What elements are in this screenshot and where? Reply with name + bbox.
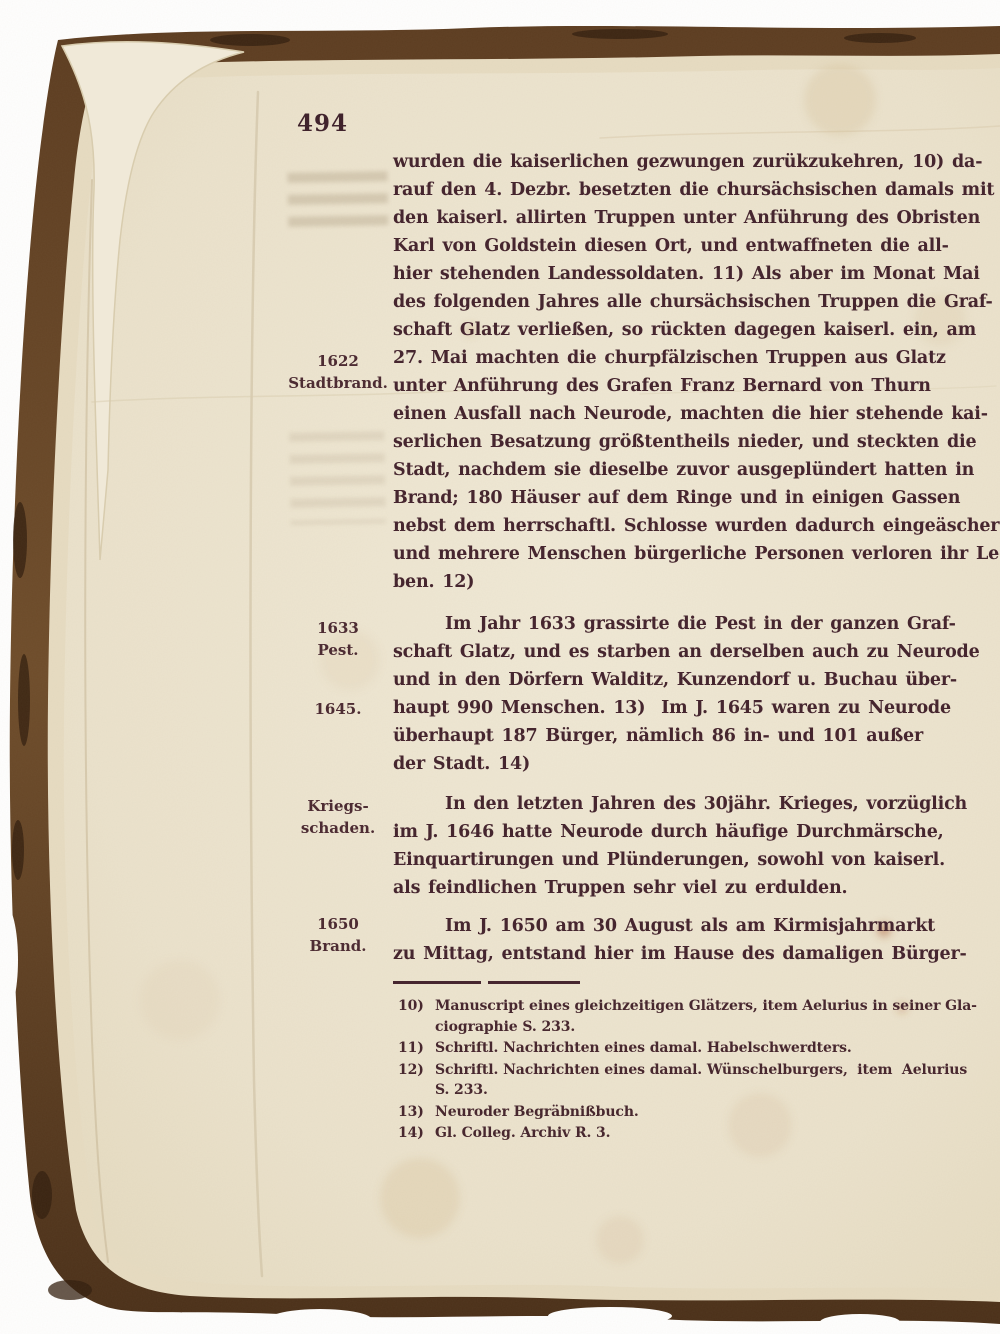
footnote-text: Schriftl. Nachrichten eines damal. Wünsc… bbox=[435, 1060, 967, 1101]
margin-note-1622-stadtbrand: 1622 Stadtbrand. bbox=[286, 350, 390, 394]
footnote-number: 14) bbox=[398, 1123, 435, 1144]
footnote: 10) Manuscript eines gleichzeitigen Glät… bbox=[398, 996, 990, 1037]
page-number: 494 bbox=[297, 110, 348, 137]
footnote-text: Gl. Colleg. Archiv R. 3. bbox=[435, 1123, 610, 1144]
footnote: 14) Gl. Colleg. Archiv R. 3. bbox=[398, 1123, 990, 1144]
rule-segment bbox=[488, 981, 580, 984]
footnote-separator-rule bbox=[393, 981, 587, 984]
scanned-book-page: 494 1622 Stadtbrand. 1633 Pest. 1645. Kr… bbox=[0, 0, 1000, 1334]
paragraph: In den letzten Jahren des 30jähr. Kriege… bbox=[393, 790, 993, 902]
rule-segment bbox=[393, 981, 481, 984]
footnote-number: 12) bbox=[398, 1060, 435, 1101]
footnote-text: Manuscript eines gleichzeitigen Glätzers… bbox=[435, 996, 977, 1037]
margin-note-1650-brand: 1650 Brand. bbox=[286, 913, 390, 957]
footnote-number: 10) bbox=[398, 996, 435, 1037]
footnotes: 10) Manuscript eines gleichzeitigen Glät… bbox=[398, 996, 990, 1145]
paragraph: wurden die kaiserlichen gezwungen zurükz… bbox=[393, 148, 993, 596]
footnote: 13) Neuroder Begräbnißbuch. bbox=[398, 1102, 990, 1123]
footnote-text: Neuroder Begräbnißbuch. bbox=[435, 1102, 639, 1123]
page-content: 494 1622 Stadtbrand. 1633 Pest. 1645. Kr… bbox=[0, 0, 1000, 1334]
margin-note-1645: 1645. bbox=[286, 698, 390, 720]
paragraph: Im J. 1650 am 30 August als am Kirmisjah… bbox=[393, 912, 993, 968]
body-text: wurden die kaiserlichen gezwungen zurükz… bbox=[393, 148, 993, 968]
footnote: 11) Schriftl. Nachrichten eines damal. H… bbox=[398, 1038, 990, 1059]
footnote-text: Schriftl. Nachrichten eines damal. Habel… bbox=[435, 1038, 852, 1059]
footnote-number: 11) bbox=[398, 1038, 435, 1059]
show-through-text bbox=[289, 431, 386, 525]
show-through-text bbox=[287, 171, 388, 239]
margin-note-1633-pest: 1633 Pest. bbox=[286, 617, 390, 661]
footnote-number: 13) bbox=[398, 1102, 435, 1123]
footnote: 12) Schriftl. Nachrichten eines damal. W… bbox=[398, 1060, 990, 1101]
margin-note-kriegsschaden: Kriegs- schaden. bbox=[286, 795, 390, 839]
paragraph: Im Jahr 1633 grassirte die Pest in der g… bbox=[393, 610, 993, 778]
